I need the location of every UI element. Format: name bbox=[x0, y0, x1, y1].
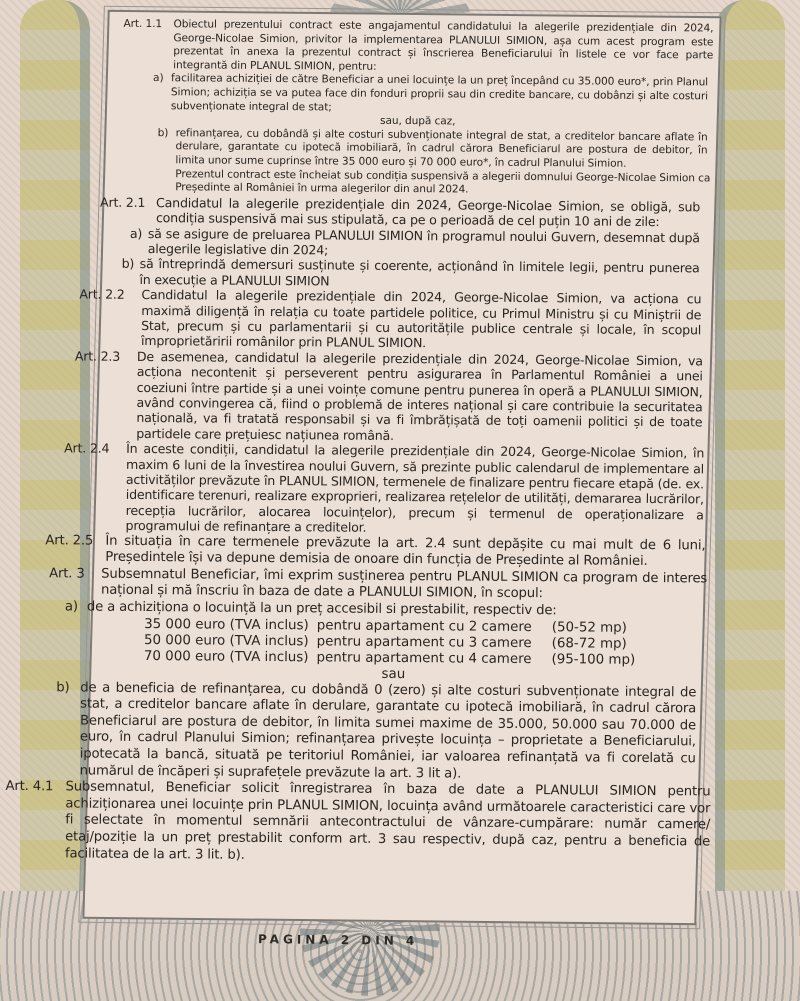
apartment-type: pentru apartament cu 3 camere bbox=[317, 634, 552, 652]
suspensive-condition: Prezentul contract este încheiat sub con… bbox=[175, 168, 710, 199]
article-number: Art. 2.1 bbox=[100, 194, 156, 225]
article-2-3: Art. 2.3 De asemenea, candidatul la aleg… bbox=[74, 348, 703, 445]
article-number: Art. 2.5 bbox=[45, 533, 105, 567]
article-text: Candidatul la alegerile prezidențiale di… bbox=[141, 287, 701, 353]
item-text: să întreprindă demersuri susținute și co… bbox=[139, 256, 699, 291]
item-label: a) bbox=[65, 599, 87, 616]
article-3-item-b: b) de a beneficia de refinanțarea, cu do… bbox=[56, 680, 697, 785]
article-1-1: Art. 1.1 Obiectul prezentului contract e… bbox=[122, 18, 713, 199]
article-2-2: Art. 2.2 Candidatul la alegerile prezide… bbox=[79, 287, 701, 354]
apartment-type: pentru apartament cu 2 camere bbox=[317, 618, 552, 636]
item-text: de a beneficia de refinanțarea, cu dobân… bbox=[80, 680, 697, 784]
apartment-area: (50-52 mp) bbox=[552, 620, 662, 637]
article-2-4: Art. 2.4 În aceste condiții, candidatul … bbox=[63, 441, 704, 538]
contract-page: Art. 1.1 Obiectul prezentului contract e… bbox=[0, 17, 800, 868]
article-number: Art. 3 bbox=[49, 566, 101, 600]
article-number: Art. 4.1 bbox=[5, 779, 66, 862]
item-text: refinanțarea, cu dobândă și alte costuri… bbox=[175, 127, 707, 172]
item-label: b) bbox=[157, 127, 175, 168]
apartment-area: (68-72 mp) bbox=[552, 636, 662, 653]
article-text: În situația în care termenele prevăzute … bbox=[105, 533, 705, 571]
page-number: PAGINA 2 DIN 4 bbox=[258, 932, 418, 948]
article-number: Art. 2.3 bbox=[74, 348, 137, 441]
item-text: să se asigure de preluarea PLANULUI SIMI… bbox=[148, 226, 700, 261]
price: 70 000 euro (TVA inclus) bbox=[143, 649, 316, 666]
price: 50 000 euro (TVA inclus) bbox=[144, 633, 317, 650]
apartment-price-table: 35 000 euro (TVA inclus) pentru apartame… bbox=[143, 617, 663, 685]
article-number: Art. 2.2 bbox=[79, 287, 141, 349]
article-text: Subsemnatul Beneficiar, îmi exprim susți… bbox=[101, 567, 707, 605]
item-label: a) bbox=[130, 225, 148, 256]
article-text: În aceste condiții, candidatul la aleger… bbox=[125, 441, 704, 538]
apartment-area: (95-100 mp) bbox=[551, 652, 661, 669]
article-3: Art. 3 Subsemnatul Beneficiar, îmi expri… bbox=[49, 566, 709, 621]
article-number: Art. 2.4 bbox=[63, 441, 126, 534]
item-text: facilitarea achiziției de către Benefici… bbox=[171, 73, 708, 118]
article-text: Candidatul la alegerile prezidențiale di… bbox=[156, 195, 700, 230]
item-label: b) bbox=[56, 680, 81, 780]
article-text: De asemenea, candidatul la alegerile pre… bbox=[136, 349, 703, 446]
article-text: Subsemnatul, Beneficiar solicit înregist… bbox=[65, 780, 711, 868]
article-number: Art. 1.1 bbox=[123, 18, 173, 73]
price: 35 000 euro (TVA inclus) bbox=[144, 617, 317, 634]
article-text: Obiectul prezentului contract este angaj… bbox=[173, 18, 713, 77]
apartment-type: pentru apartament cu 4 camere bbox=[316, 650, 551, 668]
article-4-1: Art. 4.1 Subsemnatul, Beneficiar solicit… bbox=[5, 779, 711, 868]
item-label: b) bbox=[121, 256, 139, 287]
article-2-1: Art. 2.1 Candidatul la alegerile prezide… bbox=[99, 194, 700, 291]
item-label: a) bbox=[153, 72, 171, 113]
article-2-5: Art. 2.5 În situația în care termenele p… bbox=[45, 533, 705, 571]
